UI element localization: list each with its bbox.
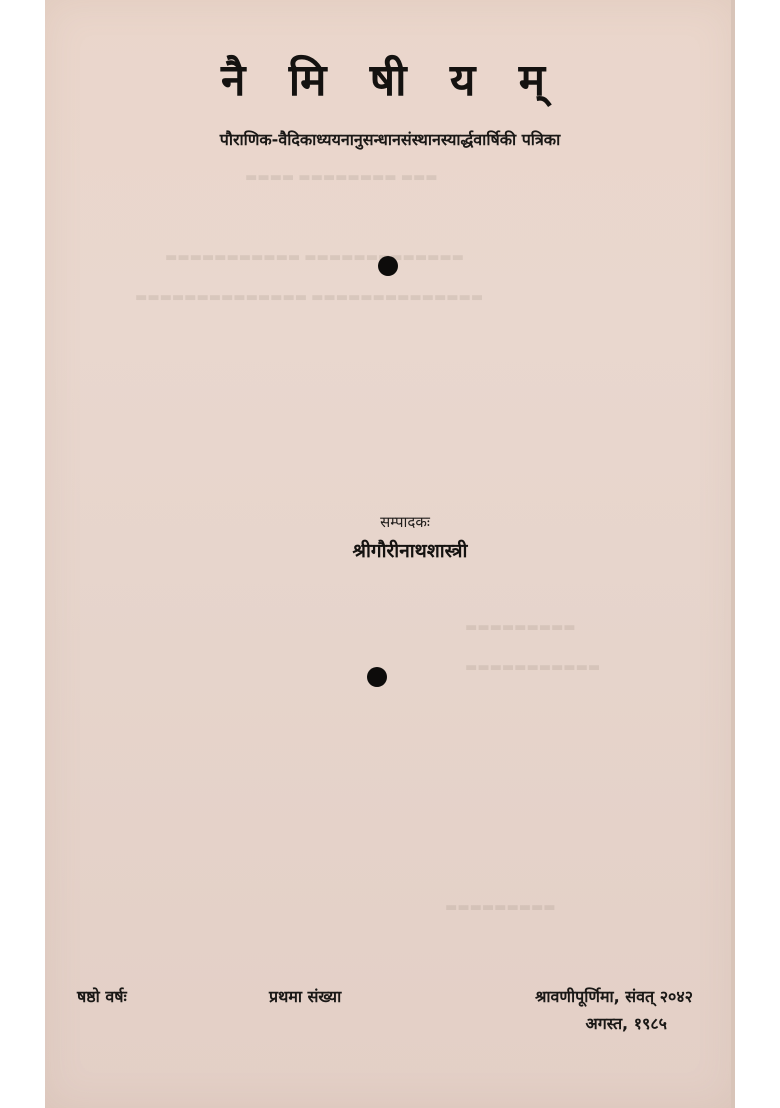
bleed-through-text: ▬▬▬▬▬▬▬▬▬▬▬▬▬▬ ▬▬▬▬▬▬▬▬▬▬▬▬▬▬ bbox=[135, 290, 483, 305]
publication-date-samvat: श्रावणीपूर्णिमा, संवत् २०४२ bbox=[535, 985, 693, 1007]
bleed-through-text: ▬▬▬ ▬▬▬▬▬▬▬▬ ▬▬▬▬ bbox=[245, 170, 438, 185]
journal-title: नै मि षी य म् bbox=[45, 48, 735, 108]
bleed-through-text: ▬▬▬▬▬▬▬▬▬ bbox=[445, 900, 556, 915]
issue-number: प्रथमा संख्या bbox=[269, 985, 341, 1007]
document-page: ▬▬▬ ▬▬▬▬▬▬▬▬ ▬▬▬▬ ▬▬▬▬▬▬▬▬▬▬▬▬▬ ▬▬▬▬▬▬▬▬… bbox=[45, 0, 735, 1108]
editor-label: सम्पादकः bbox=[45, 512, 735, 532]
bleed-through-text: ▬▬▬▬▬▬▬▬▬▬▬▬▬ ▬▬▬▬▬▬▬▬▬▬▬ bbox=[165, 250, 464, 265]
publication-date-gregorian: अगस्त, १९८५ bbox=[585, 1012, 667, 1034]
bullet-icon bbox=[378, 256, 398, 276]
journal-subtitle: पौराणिक-वैदिकाध्ययनानुसन्धानसंस्थानस्यार… bbox=[45, 128, 735, 150]
bleed-through-text: ▬▬▬▬▬▬▬▬▬▬▬ bbox=[465, 660, 600, 675]
bullet-icon bbox=[367, 667, 387, 687]
editor-name: श्रीगौरीनाथशास्त्री bbox=[45, 537, 735, 563]
volume-year: षष्ठो वर्षः bbox=[77, 985, 127, 1007]
bleed-through-text: ▬▬▬▬▬▬▬▬▬ bbox=[465, 620, 576, 635]
